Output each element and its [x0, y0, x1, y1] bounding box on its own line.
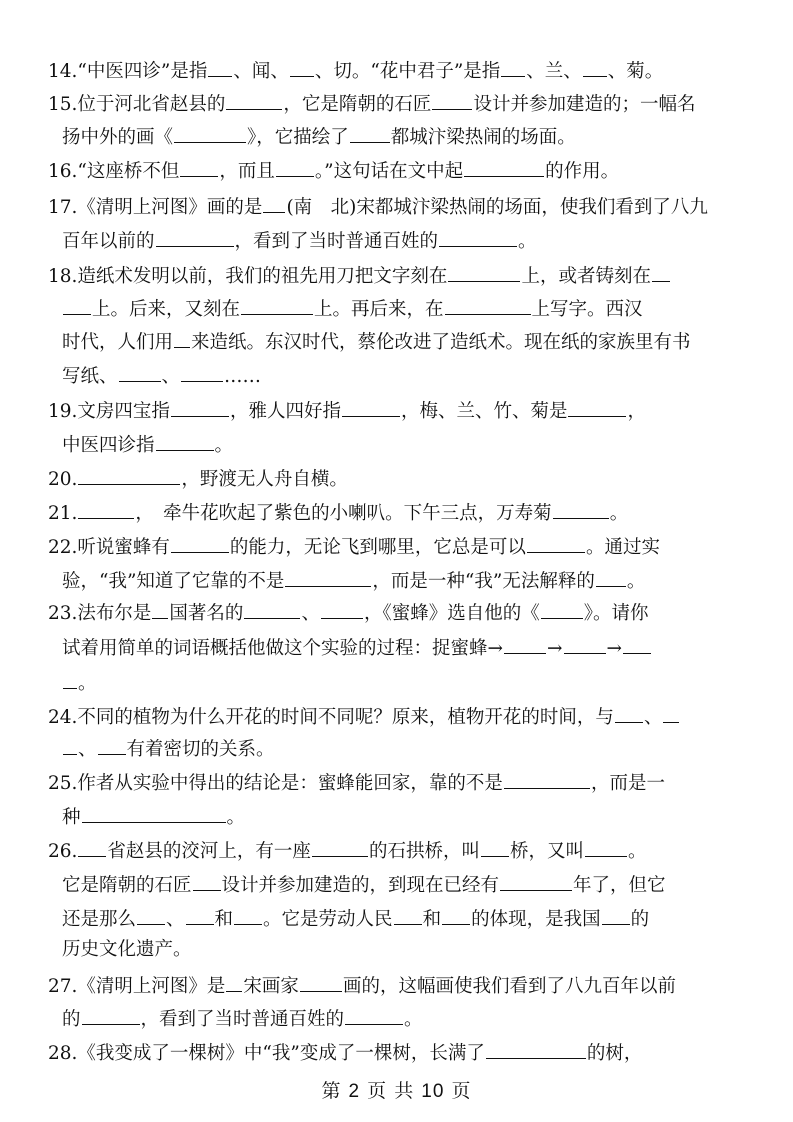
answer-blank[interactable] [350, 124, 390, 143]
question-text: 。 [610, 502, 629, 526]
question-26-line-2: 它是隋朝的石匠设计并参加建造的，到现在已经有年了，但它 [62, 872, 666, 896]
question-14-line-1: 14.“中医四诊”是指、闻、、切。“花中君子”是指、兰、、菊。 [48, 58, 663, 82]
question-text: 国著名的 [169, 602, 243, 626]
question-text: 中医四诊指 [62, 434, 155, 458]
answer-blank[interactable] [290, 58, 314, 77]
answer-blank[interactable] [312, 838, 368, 857]
question-text: 、 [78, 738, 97, 762]
footer-page-label: 第 [321, 1080, 341, 1102]
question-22-line-1: 22.听说蜜蜂有的能力，无论飞到哪里，它总是可以。通过实 [48, 534, 660, 558]
answer-blank[interactable] [504, 770, 590, 789]
question-text: 22.听说蜜蜂有 [48, 536, 170, 560]
question-text: 20. [48, 468, 77, 492]
question-text: 的能力，无论飞到哪里，它总是可以 [230, 536, 526, 560]
question-text: 来造纸。东汉时代，蔡伦改进了造纸术。现在纸的家族里有书 [191, 331, 691, 355]
question-text: “中医四诊”是指 [77, 60, 207, 84]
answer-blank[interactable] [663, 704, 679, 723]
answer-blank[interactable] [602, 906, 630, 925]
question-text: 的 [631, 908, 650, 932]
question-text: ，它是隋朝的石匠 [283, 93, 431, 117]
footer-total-pages: 10 [421, 1081, 444, 1102]
answer-blank[interactable] [464, 158, 544, 177]
question-text: 年了，但它 [573, 874, 666, 898]
question-text: ，雅人四好指 [230, 400, 341, 424]
question-text: 扬中外的画《 [62, 126, 173, 150]
answer-blank[interactable] [439, 228, 517, 247]
answer-blank[interactable] [448, 263, 520, 282]
answer-blank[interactable] [553, 500, 609, 519]
question-21-line-1: 21.， 牵牛花吹起了紫色的小喇叭。下午三点，万寿菊。 [48, 500, 628, 524]
question-text: 上，或者铸刻在 [521, 265, 651, 289]
question-18-line-2: 上。后来，又刻在上。再后来，在上写字。西汉 [62, 296, 643, 320]
answer-blank[interactable] [186, 906, 214, 925]
question-26-line-4: 历史文化遗产。 [62, 938, 192, 962]
answer-blank[interactable] [226, 973, 242, 992]
answer-blank[interactable] [63, 670, 77, 689]
answer-blank[interactable] [208, 58, 232, 77]
question-text: 27.《清明上河图》是 [48, 975, 225, 999]
question-text: 的 [62, 1008, 81, 1032]
question-text: 设计并参加建造的；一幅名 [473, 93, 695, 117]
answer-blank[interactable] [541, 600, 583, 619]
question-text: “这座桥不但 [77, 160, 179, 184]
question-text: 28.《我变成了一棵树》中“我”变成了一棵树，长满了 [48, 1042, 485, 1066]
question-text: 设计并参加建造的，到现在已经有 [222, 874, 500, 898]
answer-blank[interactable] [63, 296, 91, 315]
question-text: 省赵县的洨河上，有一座 [107, 840, 311, 864]
answer-blank[interactable] [181, 363, 223, 382]
question-28-line-1: 28.《我变成了一棵树》中“我”变成了一棵树，长满了的树， [48, 1040, 642, 1064]
question-text: 、 [162, 365, 181, 389]
question-text: 、闻、 [233, 60, 289, 84]
question-text: 19. [48, 400, 77, 424]
answer-blank[interactable] [285, 568, 371, 587]
question-19-line-1: 19.文房四宝指，雅人四好指，梅、兰、竹、菊是， [48, 398, 646, 422]
question-text: 的作用。 [545, 160, 619, 184]
answer-blank[interactable] [171, 534, 229, 553]
answer-blank[interactable] [82, 1006, 140, 1025]
question-text: 、 [644, 706, 663, 730]
answer-blank[interactable] [486, 1040, 586, 1059]
answer-blank[interactable] [432, 91, 472, 110]
question-17-line-2: 百年以前的，看到了当时普通百姓的。 [62, 228, 537, 252]
answer-blank[interactable] [174, 329, 190, 348]
question-text: ，《蜜蜂》选自他的《 [364, 602, 540, 626]
question-23-line-1: 23.法布尔是国著名的、，《蜜蜂》选自他的《》。请你 [48, 600, 648, 624]
answer-blank[interactable] [394, 906, 422, 925]
question-25-line-1: 25.作者从实验中得出的结论是：蜜蜂能回家，靠的不是，而是一 [48, 770, 665, 794]
question-text: 。 [404, 1008, 423, 1032]
question-text: 的树， [587, 1042, 643, 1066]
answer-blank[interactable] [345, 1006, 403, 1025]
question-text: 。”这句话在文中起 [315, 160, 463, 184]
answer-blank[interactable] [119, 363, 161, 382]
answer-blank[interactable] [652, 263, 670, 282]
question-text: 画的，这幅画使我们看到了八九百年以前 [343, 975, 676, 999]
question-text: 。 [78, 672, 97, 696]
question-text: 。通过实 [586, 536, 660, 560]
question-text: 上。后来，又刻在 [92, 298, 240, 322]
question-26-line-1: 26.省赵县的洨河上，有一座的石拱桥，叫桥，又叫。 [48, 838, 646, 862]
answer-blank[interactable] [244, 600, 300, 619]
question-text: 。 [227, 806, 246, 830]
question-24-line-2: 、有着密切的关系。 [62, 736, 275, 760]
question-text: ，而且 [219, 160, 275, 184]
page-footer: 第 2 页 共 10 页 [0, 1076, 793, 1103]
question-text: ，看到了当时普通百姓的 [235, 230, 439, 254]
question-text: 、 [166, 908, 185, 932]
question-text: 种 [62, 806, 81, 830]
question-text: …… [224, 365, 261, 389]
question-text: 的体现，是我国 [471, 908, 601, 932]
question-text: 都城汴梁热闹的场面。 [391, 126, 576, 150]
answer-blank[interactable] [156, 228, 234, 247]
question-text: 验，“我”知道了它靠的不是 [62, 570, 284, 594]
answer-blank[interactable] [78, 838, 106, 857]
answer-blank[interactable] [78, 466, 180, 485]
question-text: 有着密切的关系。 [127, 738, 275, 762]
question-26-line-3: 还是那么、和。它是劳动人民和的体现，是我国的 [62, 906, 649, 930]
answer-blank[interactable] [615, 704, 643, 723]
question-text: 和 [423, 908, 442, 932]
footer-total-label: 共 [394, 1080, 414, 1102]
question-23-line-3: 。 [62, 670, 97, 694]
answer-blank[interactable] [623, 635, 651, 654]
question-text: 历史文化遗产。 [62, 938, 192, 962]
question-text: 。它是劳动人民 [263, 908, 393, 932]
answer-blank[interactable] [78, 500, 134, 519]
footer-total-unit: 页 [451, 1080, 471, 1102]
question-15-line-1: 15.位于河北省赵县的，它是隋朝的石匠设计并参加建造的；一幅名 [48, 91, 695, 115]
answer-blank[interactable] [568, 398, 626, 417]
question-text: 》，它描绘了 [247, 126, 349, 150]
question-text: 24.不同的植物为什么开花的时间不同呢？原来，植物开花的时间，与 [48, 706, 614, 730]
question-text: 16. [48, 160, 77, 184]
answer-blank[interactable] [596, 568, 626, 587]
question-text: 还是那么 [62, 908, 136, 932]
answer-blank[interactable] [98, 736, 126, 755]
question-text: 、兰、 [526, 60, 582, 84]
question-text: (南 北)宋都城汴梁热闹的场面，使我们看到了八九 [286, 196, 707, 220]
answer-blank[interactable] [82, 804, 226, 823]
answer-blank[interactable] [174, 124, 246, 143]
answer-blank[interactable] [445, 296, 531, 315]
answer-blank[interactable] [276, 158, 314, 177]
question-text: 21. [48, 502, 77, 526]
answer-blank[interactable] [234, 906, 262, 925]
question-text: 15.位于河北省赵县的 [48, 93, 225, 117]
question-text: 写纸、 [62, 365, 118, 389]
question-text: 上写字。西汉 [532, 298, 643, 322]
question-text: 14. [48, 60, 77, 84]
question-24-line-1: 24.不同的植物为什么开花的时间不同呢？原来，植物开花的时间，与、 [48, 704, 680, 728]
question-18-line-4: 写纸、、…… [62, 363, 261, 387]
answer-blank[interactable] [241, 296, 313, 315]
question-text: 、菊。 [608, 60, 664, 84]
question-text: 试着用简单的词语概括他做这个实验的过程：捉蜜蜂→ [62, 637, 503, 661]
question-text: 时代，人们用 [62, 331, 173, 355]
question-text: 桥，又叫 [510, 840, 584, 864]
answer-blank[interactable] [585, 838, 627, 857]
question-text: 百年以前的 [62, 230, 155, 254]
question-text: ，野渡无人舟自横。 [181, 468, 348, 492]
answer-blank[interactable] [137, 906, 165, 925]
question-text: 17.《清明上河图》画的是 [48, 196, 262, 220]
question-text: 的石拱桥，叫 [369, 840, 480, 864]
answer-blank[interactable] [564, 635, 606, 654]
question-text: 文房四宝指 [77, 400, 170, 424]
answer-blank[interactable] [226, 91, 282, 110]
answer-blank[interactable] [527, 534, 585, 553]
question-text: 宋画家 [243, 975, 299, 999]
question-text: ，而是一 [591, 772, 665, 796]
question-text: 25.作者从实验中得出的结论是：蜜蜂能回家，靠的不是 [48, 772, 503, 796]
document-page: 14.“中医四诊”是指、闻、、切。“花中君子”是指、兰、、菊。15.位于河北省赵… [0, 0, 793, 1122]
answer-blank[interactable] [321, 600, 363, 619]
question-16-line-1: 16.“这座桥不但，而且。”这句话在文中起的作用。 [48, 158, 619, 182]
question-text: ， 牵牛花吹起了紫色的小喇叭。下午三点，万寿菊 [135, 502, 551, 526]
question-22-line-2: 验，“我”知道了它靠的不是，而是一种“我”无法解释的。 [62, 568, 645, 592]
question-text: 它是隋朝的石匠 [62, 874, 192, 898]
question-text: → [607, 637, 623, 661]
answer-blank[interactable] [180, 158, 218, 177]
question-text: 23.法布尔是 [48, 602, 151, 626]
footer-page-unit: 页 [367, 1080, 387, 1102]
question-text: ，梅、兰、竹、菊是 [401, 400, 568, 424]
question-text: 、切。“花中君子”是指 [315, 60, 500, 84]
question-text: 和 [215, 908, 234, 932]
answer-blank[interactable] [442, 906, 470, 925]
question-text: 》。请你 [584, 602, 649, 626]
answer-blank[interactable] [504, 635, 546, 654]
answer-blank[interactable] [342, 398, 400, 417]
answer-blank[interactable] [300, 973, 342, 992]
question-text: ，看到了当时普通百姓的 [141, 1008, 345, 1032]
question-text: ， [627, 400, 646, 424]
question-text: 上。再后来，在 [314, 298, 444, 322]
answer-blank[interactable] [500, 872, 572, 891]
question-text: 18.造纸术发明以前，我们的祖先用刀把文字刻在 [48, 265, 447, 289]
question-15-line-2: 扬中外的画《》，它描绘了都城汴梁热闹的场面。 [62, 124, 576, 148]
footer-current-page: 2 [349, 1081, 361, 1102]
question-text: 。 [627, 570, 646, 594]
question-19-line-2: 中医四诊指。 [62, 432, 233, 456]
question-text: 。 [518, 230, 537, 254]
answer-blank[interactable] [263, 194, 285, 213]
answer-blank[interactable] [501, 58, 525, 77]
question-20-line-1: 20.，野渡无人舟自横。 [48, 466, 348, 490]
question-text: 26. [48, 840, 77, 864]
answer-blank[interactable] [156, 432, 214, 451]
question-text: ，而是一种“我”无法解释的 [372, 570, 594, 594]
question-18-line-1: 18.造纸术发明以前，我们的祖先用刀把文字刻在上，或者铸刻在 [48, 263, 671, 287]
question-27-line-2: 的，看到了当时普通百姓的。 [62, 1006, 423, 1030]
question-text: → [547, 637, 563, 661]
answer-blank[interactable] [152, 600, 168, 619]
question-text: 。 [215, 434, 234, 458]
answer-blank[interactable] [63, 736, 77, 755]
question-17-line-1: 17.《清明上河图》画的是(南 北)宋都城汴梁热闹的场面，使我们看到了八九 [48, 194, 708, 218]
answer-blank[interactable] [171, 398, 229, 417]
question-text: 。 [628, 840, 647, 864]
question-text: 、 [301, 602, 320, 626]
answer-blank[interactable] [193, 872, 221, 891]
question-27-line-1: 27.《清明上河图》是宋画家画的，这幅画使我们看到了八九百年以前 [48, 973, 676, 997]
question-25-line-2: 种。 [62, 804, 245, 828]
answer-blank[interactable] [481, 838, 509, 857]
answer-blank[interactable] [583, 58, 607, 77]
question-18-line-3: 时代，人们用来造纸。东汉时代，蔡伦改进了造纸术。现在纸的家族里有书 [62, 329, 691, 353]
question-23-line-2: 试着用简单的词语概括他做这个实验的过程：捉蜜蜂→→→ [62, 635, 652, 659]
